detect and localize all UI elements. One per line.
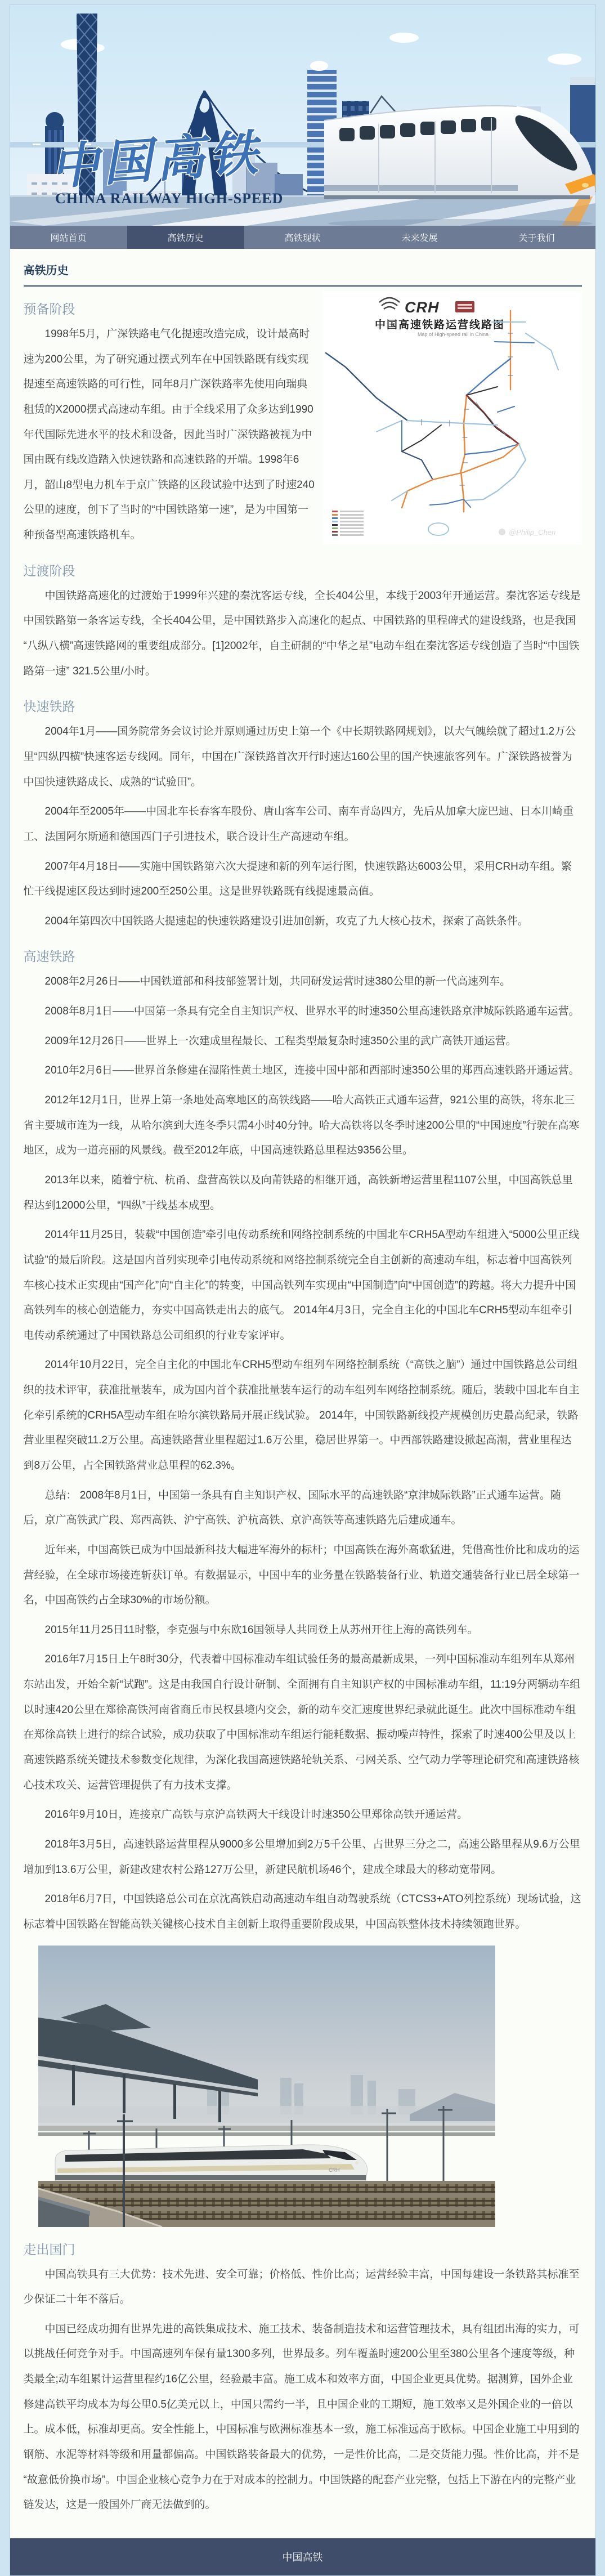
map-watermark: @Philip_Chen bbox=[509, 528, 555, 536]
map-seal-icon bbox=[455, 301, 474, 312]
paragraph: 2018年3月5日，高速铁路运营里程从9000多公里增加到2万5千公里、占世界三… bbox=[24, 1832, 582, 1882]
nav-tab-home[interactable]: 网站首页 bbox=[10, 226, 127, 249]
paragraph: 中国已经成功拥有世界先进的高铁集成技术、施工技术、装备制造技术和运营管理技术，具… bbox=[24, 2317, 582, 2518]
paragraph: 2016年9月10日，连接京广高铁与京沪高铁两大干线设计时速350公里郑徐高铁开… bbox=[24, 1803, 582, 1828]
paragraph: 2004年1月——国务院常务会议讨论并原则通过历史上第一个《中长期铁路网规划》，… bbox=[24, 719, 582, 795]
photo-train: CRH bbox=[55, 2144, 368, 2180]
site-subtitle: CHINA RAILWAY HIGH-SPEED bbox=[55, 190, 283, 207]
paragraph: 2012年12月1日，世界上第一条地处高寒地区的高铁线路——哈大高铁正式通车运营… bbox=[24, 1088, 582, 1164]
site-header: 中国高铁 CHINA RAILWAY HIGH-SPEED bbox=[10, 5, 595, 226]
paragraph: 2009年12月26日——世界上一次建成里程最长、工程类型最复杂时速350公里的… bbox=[24, 1029, 582, 1054]
paragraph: 2016年7月15日上午8时30分，代表着中国标准动车组试验任务的最高最新成果，… bbox=[24, 1647, 582, 1798]
paragraph: 2018年6月7日，中国铁路总公司在京沈高铁启动高速动车组自动驾驶系统（CTCS… bbox=[24, 1887, 582, 1937]
paragraph: 2010年2月6日——世界首条修建在湿陷性黄土地区，连接中国中部和西部时速350… bbox=[24, 1058, 582, 1084]
paragraph: 近年来，中国高铁已成为中国最新科技大幅进军海外的标杆；中国高铁在海外高歌猛进，凭… bbox=[24, 1538, 582, 1613]
page-title: 高铁历史 bbox=[24, 260, 582, 287]
section-heading: 走出国门 bbox=[24, 2239, 582, 2258]
paragraph: 2004年至2005年——中国北车长春客车股份、唐山客车公司、南车青岛四方，先后… bbox=[24, 799, 582, 849]
section-heading: 过渡阶段 bbox=[24, 561, 582, 579]
main-nav: 网站首页 高铁历史 高铁现状 未来发展 关于我们 bbox=[10, 226, 595, 249]
train-crh-mark: CRH bbox=[329, 2167, 340, 2173]
nav-tab-future[interactable]: 未来发展 bbox=[361, 226, 478, 249]
nav-tab-present[interactable]: 高铁现状 bbox=[244, 226, 361, 249]
nav-tab-history[interactable]: 高铁历史 bbox=[127, 226, 244, 249]
section-heading: 高速铁路 bbox=[24, 946, 582, 965]
content-area: 高铁历史 CRH 中国高速铁路运营线路图 Map of High-speed r… bbox=[10, 249, 595, 2538]
paragraph: 2013年以来，随着宁杭、杭甬、盘营高铁以及向莆铁路的相继开通，高铁新增运营里程… bbox=[24, 1168, 582, 1218]
hsr-network-map: CRH 中国高速铁路运营线路图 Map of High-speed rail i… bbox=[323, 291, 582, 544]
crh-logo-text: CRH bbox=[405, 299, 440, 316]
paragraph: 2014年10月22日，完全自主化的中国北车CRH5型动车组列车网络控制系统（“… bbox=[24, 1353, 582, 1478]
paragraph: 总结： 2008年8月1日，中国第一条具有自主知识产权、国际水平的高速铁路“京津… bbox=[24, 1483, 582, 1533]
footer-label: 中国高铁 bbox=[283, 2550, 323, 2564]
paragraph: 2008年8月1日——中国第一条具有完全自主知识产权、世界水平的时速350公里高… bbox=[24, 999, 582, 1025]
section-heading: 快速铁路 bbox=[24, 696, 582, 715]
history-sections: 预备阶段1998年5月，广深铁路电气化提速改造完成，设计最高时速为200公里，为… bbox=[24, 299, 582, 2518]
map-title: 中国高速铁路运营线路图 bbox=[375, 318, 505, 331]
train-station-photo: CRH bbox=[38, 1946, 495, 2227]
paragraph: 2008年2月26日——中国铁道部和科技部签署计划，共同研发运营时速380公里的… bbox=[24, 969, 582, 995]
paragraph: 2015年11月25日11时整，李克强与中东欧16国领导人共同登上从苏州开往上海… bbox=[24, 1618, 582, 1643]
paragraph: 2007年4月18日——实施中国铁路第六次大提速和新的列车运行图，快速铁路达60… bbox=[24, 855, 582, 905]
paragraph: 中国高铁具有三大优势：技术先进、安全可靠；价格低、性价比高；运营经验丰富，中国每… bbox=[24, 2262, 582, 2313]
paragraph: 2014年11月25日，装载“中国创造”牵引电传动系统和网络控制系统的中国北车C… bbox=[24, 1223, 582, 1348]
nav-tab-about[interactable]: 关于我们 bbox=[478, 226, 595, 249]
paragraph: 2004年第四次中国铁路大提速起的快速铁路建设引进加创新，攻克了九大核心技术，探… bbox=[24, 909, 582, 934]
paragraph: 中国铁路高速化的过渡始于1999年兴建的秦沈客运专线，全长404公里，本线于20… bbox=[24, 584, 582, 685]
watermark-icon bbox=[499, 529, 505, 535]
city-skyline-illustration: 中国高铁 CHINA RAILWAY HIGH-SPEED bbox=[10, 5, 595, 226]
map-subtitle: Map of High-speed rail in China bbox=[418, 332, 489, 337]
page-container: 中国高铁 CHINA RAILWAY HIGH-SPEED 网站首页 高铁历史 … bbox=[10, 5, 596, 2576]
site-footer: 中国高铁 bbox=[10, 2538, 595, 2575]
